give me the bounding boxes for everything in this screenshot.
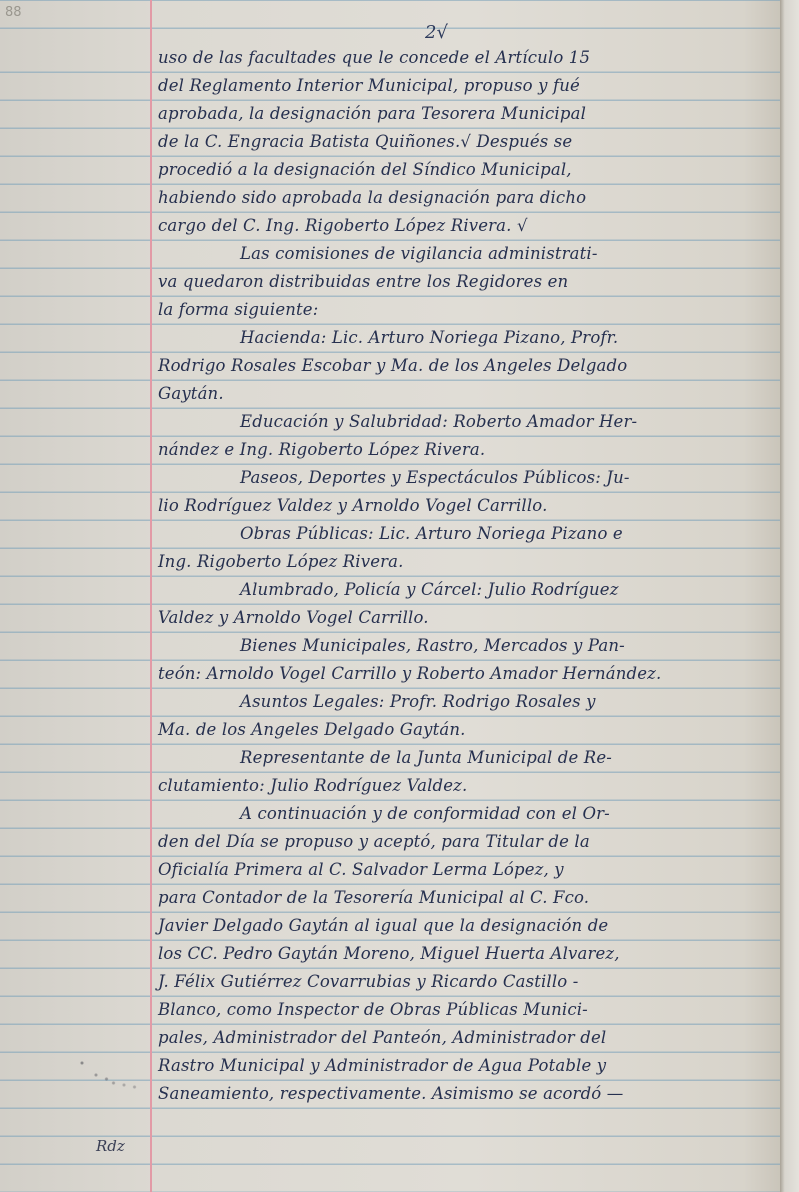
text-line: de la C. Engracia Batista Quiñones.√ Des… xyxy=(158,128,776,156)
text-line: Rodrigo Rosales Escobar y Ma. de los Ang… xyxy=(158,352,776,380)
text-line: Blanco, como Inspector de Obras Públicas… xyxy=(158,996,776,1024)
ink-speckle xyxy=(75,1055,145,1095)
text-line: Oficialía Primera al C. Salvador Lerma L… xyxy=(158,856,776,884)
text-line: para Contador de la Tesorería Municipal … xyxy=(158,884,776,912)
text-line: Ma. de los Angeles Delgado Gaytán. xyxy=(158,716,776,744)
text-line: Rastro Municipal y Administrador de Agua… xyxy=(158,1052,776,1080)
text-line: Obras Públicas: Lic. Arturo Noriega Piza… xyxy=(158,520,776,548)
text-line: Asuntos Legales: Profr. Rodrigo Rosales … xyxy=(158,688,776,716)
text-line: Las comisiones de vigilancia administrat… xyxy=(158,240,776,268)
text-line: la forma siguiente: xyxy=(158,296,776,324)
text-line: va quedaron distribuidas entre los Regid… xyxy=(158,268,776,296)
text-line: Valdez y Arnoldo Vogel Carrillo. xyxy=(158,604,776,632)
text-line: den del Día se propuso y aceptó, para Ti… xyxy=(158,828,776,856)
text-line: los CC. Pedro Gaytán Moreno, Miguel Huer… xyxy=(158,940,776,968)
ledger-page: 88 2√ Rdz uso de las facultades que le c… xyxy=(0,0,782,1192)
red-margin-line xyxy=(150,0,152,1192)
text-line: cargo del C. Ing. Rigoberto López Rivera… xyxy=(158,212,776,240)
text-line: teón: Arnoldo Vogel Carrillo y Roberto A… xyxy=(158,660,776,688)
facing-page-edge xyxy=(780,0,799,1192)
text-line: nández e Ing. Rigoberto López Rivera. xyxy=(158,436,776,464)
text-line: procedió a la designación del Síndico Mu… xyxy=(158,156,776,184)
text-line: Ing. Rigoberto López Rivera. xyxy=(158,548,776,576)
corner-mark: 88 xyxy=(5,5,22,20)
handwritten-text-block: uso de las facultades que le concede el … xyxy=(158,44,776,1108)
text-line: aprobada, la designación para Tesorera M… xyxy=(158,100,776,128)
text-line: Bienes Municipales, Rastro, Mercados y P… xyxy=(158,632,776,660)
text-line: Educación y Salubridad: Roberto Amador H… xyxy=(158,408,776,436)
text-line: pales, Administrador del Panteón, Admini… xyxy=(158,1024,776,1052)
text-line: lio Rodríguez Valdez y Arnoldo Vogel Car… xyxy=(158,492,776,520)
text-line: Paseos, Deportes y Espectáculos Públicos… xyxy=(158,464,776,492)
text-line: Saneamiento, respectivamente. Asimismo s… xyxy=(158,1080,776,1108)
text-line: Alumbrado, Policía y Cárcel: Julio Rodrí… xyxy=(158,576,776,604)
text-line: J. Félix Gutiérrez Covarrubias y Ricardo… xyxy=(158,968,776,996)
text-line: del Reglamento Interior Municipal, propu… xyxy=(158,72,776,100)
margin-initials: Rdz xyxy=(96,1137,125,1155)
text-line: Representante de la Junta Municipal de R… xyxy=(158,744,776,772)
text-line: habiendo sido aprobada la designación pa… xyxy=(158,184,776,212)
text-line: uso de las facultades que le concede el … xyxy=(158,44,776,72)
text-line: Hacienda: Lic. Arturo Noriega Pizano, Pr… xyxy=(158,324,776,352)
page-number: 2√ xyxy=(425,22,448,43)
text-line: clutamiento: Julio Rodríguez Valdez. xyxy=(158,772,776,800)
text-line: Gaytán. xyxy=(158,380,776,408)
text-line: A continuación y de conformidad con el O… xyxy=(158,800,776,828)
text-line: Javier Delgado Gaytán al igual que la de… xyxy=(158,912,776,940)
